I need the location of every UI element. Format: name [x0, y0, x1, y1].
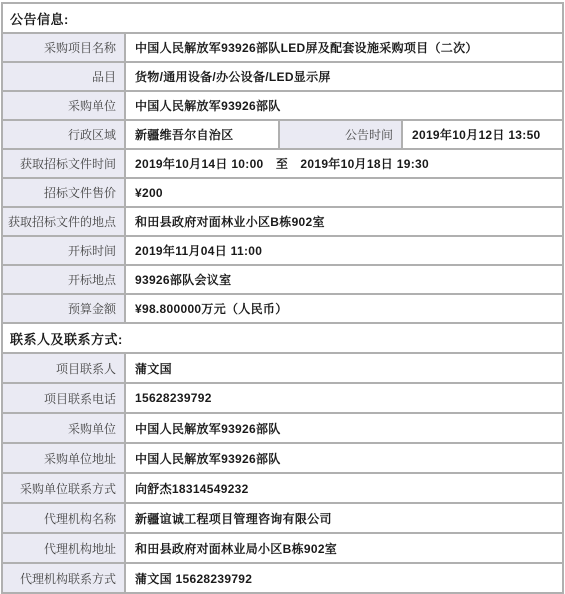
row-value: 中国人民解放军93926部队LED屏及配套设施采购项目（二次） [126, 34, 562, 61]
table-row: 代理机构地址和田县政府对面林业局小区B栋902室 [3, 534, 562, 562]
row-value: 和田县政府对面林业小区B栋902室 [126, 208, 562, 235]
row-value: ¥98.800000万元（人民币） [126, 295, 562, 322]
table-row: 招标文件售价¥200 [3, 179, 562, 206]
row-label: 采购项目名称 [3, 34, 124, 61]
table-row: 开标地点93926部队会议室 [3, 266, 562, 293]
table-row: 获取招标文件的地点和田县政府对面林业小区B栋902室 [3, 208, 562, 235]
section-title: 公告信息: [3, 4, 562, 32]
row-label: 获取招标文件的地点 [3, 208, 124, 235]
row-label: 品目 [3, 63, 124, 90]
row-label: 项目联系人 [3, 354, 124, 382]
row-value: 2019年10月14日 10:00 至 2019年10月18日 19:30 [126, 150, 562, 177]
table-row: 采购单位中国人民解放军93926部队 [3, 92, 562, 119]
row-value: ¥200 [126, 179, 562, 206]
table-row: 预算金额¥98.800000万元（人民币） [3, 295, 562, 322]
row-label: 代理机构联系方式 [3, 564, 124, 592]
row-label: 代理机构地址 [3, 534, 124, 562]
row-label: 采购单位地址 [3, 444, 124, 472]
row-label: 采购单位 [3, 92, 124, 119]
row-label: 招标文件售价 [3, 179, 124, 206]
table-row: 代理机构联系方式蒲文国 15628239792 [3, 564, 562, 592]
row-label: 开标地点 [3, 266, 124, 293]
row-value: 向舒杰18314549232 [126, 474, 562, 502]
table-row: 开标时间2019年11月04日 11:00 [3, 237, 562, 264]
row-value-secondary: 2019年10月12日 13:50 [403, 121, 562, 148]
row-value: 蒲文国 [126, 354, 562, 382]
row-value: 93926部队会议室 [126, 266, 562, 293]
row-label: 代理机构名称 [3, 504, 124, 532]
table-row: 品目货物/通用设备/办公设备/LED显示屏 [3, 63, 562, 90]
row-value: 和田县政府对面林业局小区B栋902室 [126, 534, 562, 562]
row-value: 中国人民解放军93926部队 [126, 92, 562, 119]
table-row: 行政区域新疆维吾尔自治区公告时间2019年10月12日 13:50 [3, 121, 562, 148]
table-row: 获取招标文件时间2019年10月14日 10:00 至 2019年10月18日 … [3, 150, 562, 177]
table-row: 采购项目名称中国人民解放军93926部队LED屏及配套设施采购项目（二次） [3, 34, 562, 61]
table-row: 采购单位地址中国人民解放军93926部队 [3, 444, 562, 472]
row-value: 中国人民解放军93926部队 [126, 444, 562, 472]
row-label: 预算金额 [3, 295, 124, 322]
row-label-secondary: 公告时间 [280, 121, 401, 148]
row-value: 新疆维吾尔自治区 [126, 121, 278, 148]
table-row: 项目联系电话15628239792 [3, 384, 562, 412]
section-title: 联系人及联系方式: [3, 324, 562, 352]
table-row: 代理机构名称新疆谊诚工程项目管理咨询有限公司 [3, 504, 562, 532]
row-label: 项目联系电话 [3, 384, 124, 412]
row-label: 开标时间 [3, 237, 124, 264]
row-value: 15628239792 [126, 384, 562, 412]
table-row: 采购单位中国人民解放军93926部队 [3, 414, 562, 442]
row-label: 行政区域 [3, 121, 124, 148]
row-value: 中国人民解放军93926部队 [126, 414, 562, 442]
procurement-info-table: 公告信息:采购项目名称中国人民解放军93926部队LED屏及配套设施采购项目（二… [1, 2, 564, 594]
row-value: 货物/通用设备/办公设备/LED显示屏 [126, 63, 562, 90]
row-value: 蒲文国 15628239792 [126, 564, 562, 592]
table-row: 采购单位联系方式向舒杰18314549232 [3, 474, 562, 502]
row-label: 获取招标文件时间 [3, 150, 124, 177]
row-value: 新疆谊诚工程项目管理咨询有限公司 [126, 504, 562, 532]
table-row: 项目联系人蒲文国 [3, 354, 562, 382]
row-value: 2019年11月04日 11:00 [126, 237, 562, 264]
row-label: 采购单位 [3, 414, 124, 442]
row-label: 采购单位联系方式 [3, 474, 124, 502]
